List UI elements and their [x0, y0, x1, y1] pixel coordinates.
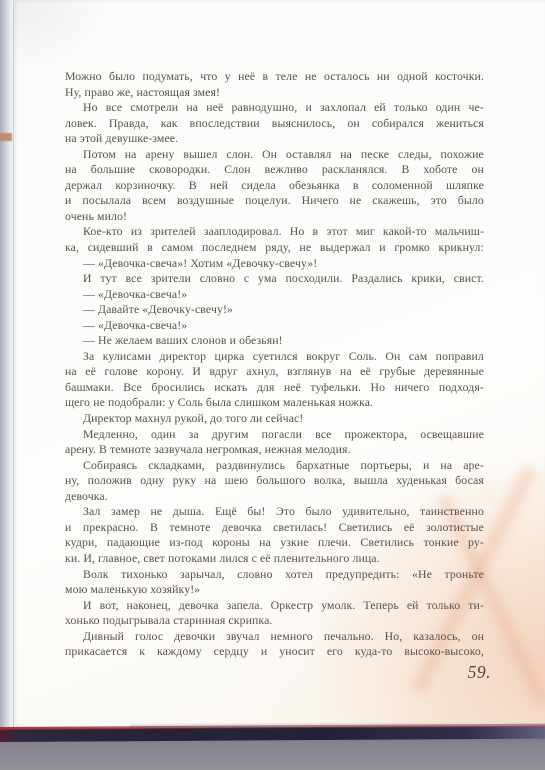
- text-line: Волктихонькозарычал,словнохотелпредупред…: [65, 567, 484, 583]
- text-line: Новсесмотрелинанеёравнодушно,изахлопалей…: [65, 100, 484, 116]
- text-line: щего не подобрали: у Соль была слишком м…: [65, 395, 484, 411]
- text-line: Дивныйголосдевочкизвучалнемногопечально.…: [65, 629, 484, 645]
- text-line: держалкорзиночку.Внейсиделаобезьянкавсол…: [65, 178, 484, 194]
- text-line: ипрекрасно.Втемнотедевочкасветилась!Свет…: [65, 520, 484, 536]
- text-line: очень мило!: [65, 209, 484, 225]
- text-line: на этой девушке-змее.: [65, 131, 484, 147]
- book-photo: Можнобылоподумать,чтоунеёвтеленеосталось…: [0, 0, 545, 770]
- fore-edge-orange-mark: [0, 133, 12, 141]
- page-number: 59.: [443, 662, 491, 683]
- text-line: Можнобылоподумать,чтоунеёвтеленеосталось…: [65, 69, 484, 85]
- text-line: Собираясьскладками,раздвинулисьбархатные…: [65, 458, 484, 474]
- text-line: ипосылалавсемвоздушныепоцелуи.Ничегонеск…: [65, 193, 484, 209]
- text-line: — Давайте «Девочку-свечу!»: [65, 302, 484, 318]
- text-line: Залзамернедыша.Ещёбы!Этобылоудивительно,…: [65, 504, 484, 520]
- text-line: ЗакулисамидиректорциркасуетилсявокругСол…: [65, 349, 484, 365]
- text-line: мою маленькую хозяйку!»: [65, 582, 484, 598]
- text-line: ки. И, главное, свет потоками лился с её…: [65, 551, 484, 567]
- text-line: прикасаетсяккаждомусердцуиуноситегокуда-…: [65, 644, 484, 660]
- text-line: Потомнааренувышелслон.Оноставлялнапескес…: [65, 147, 484, 163]
- text-line: — «Девочка-свеча!»: [65, 287, 484, 303]
- text-line: Директор махнул рукой, до того ли сейчас…: [65, 411, 484, 427]
- page-text-block: Можнобылоподумать,чтоунеёвтеленеосталось…: [65, 69, 484, 660]
- text-line: кудри,падающиеиз-подкоронынаузкиеплечи.С…: [65, 535, 484, 551]
- text-line: наеёголовекорону.Ивдругахнул,взглянувнае…: [65, 364, 484, 380]
- text-line: девочка.: [65, 489, 484, 505]
- text-line: арену. В темноте зазвучала негромкая, не…: [65, 442, 484, 458]
- text-line: хонько подыгрывала старинная скрипка.: [65, 613, 484, 629]
- text-line: Ивот,наконец,девочказапела.Оркеструмолк.…: [65, 598, 484, 614]
- text-line: ну,положиводнурукунашеюбольшоговолка,выш…: [65, 473, 484, 489]
- book-page: Можнобылоподумать,чтоунеёвтеленеосталось…: [13, 0, 545, 730]
- page-fore-edge-strip: [0, 0, 14, 731]
- text-line: ка,сидевшийвсамомпоследнемряду,невыдержа…: [65, 240, 484, 256]
- text-line: Ну, право же, настоящая змея!: [65, 85, 484, 101]
- text-line: Кое-ктоиззрителейзааплодировал.Новэтотми…: [65, 224, 484, 240]
- text-line: — «Девочка-свеча»! Хотим «Девочку-свечу»…: [65, 256, 484, 272]
- text-line: — «Девочка-свеча!»: [65, 318, 484, 334]
- text-line: — Не желаем ваших слонов и обезьян!: [65, 333, 484, 349]
- text-line: Медленно,одинзадругимпогасливсепрожектор…: [65, 427, 484, 443]
- text-line: Итутвсезрителисловносумапосходили.Раздал…: [65, 271, 484, 287]
- text-line: башмаки.Всебросилисьискатьдлянеётуфельки…: [65, 380, 484, 396]
- text-line: ловек.Правда,каквпоследствиивыяснилось,о…: [65, 116, 484, 132]
- text-line: набольшиесковородки.Слонвежливораскланял…: [65, 162, 484, 178]
